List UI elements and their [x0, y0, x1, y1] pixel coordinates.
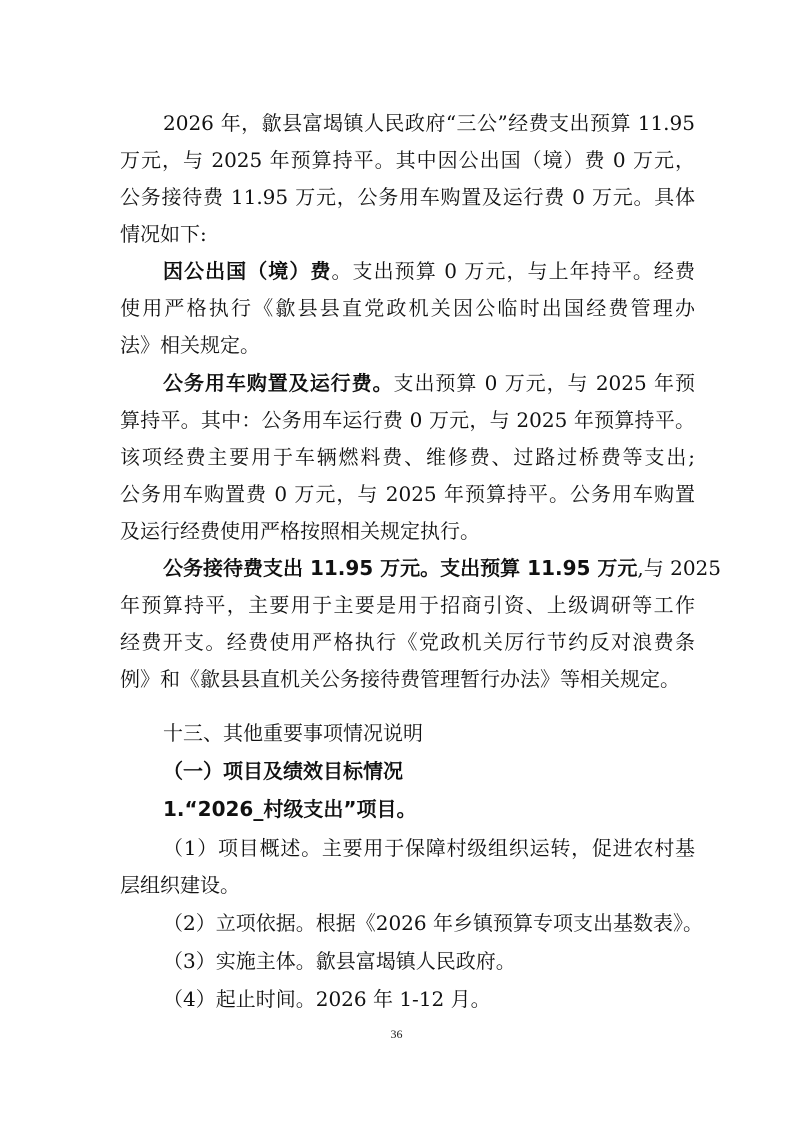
section-heading: 十三、其他重要事项情况说明 — [163, 720, 695, 746]
vehicle-line-5: 及运行经费使用严格按照相关规定执行。 — [120, 518, 695, 544]
project-item-2: （2）立项依据。根据《2026 年乡镇预算专项支出基数表》。 — [163, 910, 695, 936]
project-item-4: （4）起止时间。2026 年 1-12 月。 — [163, 986, 695, 1012]
intro-line-1: 2026 年，歙县富堨镇人民政府“三公”经费支出预算 11.95 — [163, 110, 695, 136]
vehicle-bold-lead: 公务用车购置及运行费。 — [163, 371, 394, 395]
vehicle-line-1: 公务用车购置及运行费。支出预算 0 万元，与 2025 年预 — [163, 370, 695, 396]
project-item-1-line-1: （1）项目概述。主要用于保障村级组织运转，促进农村基 — [163, 835, 695, 861]
project-item-1-line-2: 层组织建设。 — [120, 872, 695, 898]
abroad-line-1-rest: 。支出预算 0 万元，与上年持平。经费 — [332, 259, 696, 283]
vehicle-line-3: 该项经费主要用于车辆燃料费、维修费、过路过桥费等支出; — [120, 444, 695, 470]
reception-line-2: 年预算持平，主要用于主要是用于招商引资、上级调研等工作 — [120, 592, 695, 618]
reception-line-3: 经费开支。经费使用严格执行《党政机关厉行节约反对浪费条 — [120, 629, 695, 655]
project-title: 1.“2026_村级支出”项目。 — [163, 796, 695, 822]
intro-line-4: 情况如下: — [120, 221, 695, 247]
abroad-line-1: 因公出国（境）费。支出预算 0 万元，与上年持平。经费 — [163, 258, 695, 284]
abroad-line-2: 使用严格执行《歙县县直党政机关因公临时出国经费管理办 — [120, 295, 695, 321]
page-number: 36 — [0, 1027, 793, 1042]
vehicle-line-4: 公务用车购置费 0 万元，与 2025 年预算持平。公务用车购置 — [120, 481, 695, 507]
vehicle-line-1-rest: 支出预算 0 万元，与 2025 年预 — [394, 371, 695, 395]
document-page: 2026 年，歙县富堨镇人民政府“三公”经费支出预算 11.95 万元，与 20… — [0, 0, 793, 1122]
abroad-line-3: 法》相关规定。 — [120, 332, 695, 358]
intro-line-2: 万元，与 2025 年预算持平。其中因公出国（境）费 0 万元， — [120, 147, 695, 173]
abroad-bold-lead: 因公出国（境）费 — [163, 259, 332, 283]
subsection-heading: （一）项目及绩效目标情况 — [163, 758, 695, 784]
intro-line-3: 公务接待费 11.95 万元，公务用车购置及运行费 0 万元。具体 — [120, 184, 695, 210]
vehicle-line-2: 算持平。其中：公务用车运行费 0 万元，与 2025 年预算持平。 — [120, 407, 695, 433]
reception-line-4: 例》和《歙县县直机关公务接待费管理暂行办法》等相关规定。 — [120, 666, 695, 692]
reception-line-1: 公务接待费支出 11.95 万元。支出预算 11.95 万元,与 2025 — [163, 555, 695, 581]
reception-line-1-rest: ,与 2025 — [637, 556, 721, 580]
reception-bold-lead: 公务接待费支出 11.95 万元。支出预算 11.95 万元 — [163, 556, 637, 580]
project-item-3: （3）实施主体。歙县富堨镇人民政府。 — [163, 948, 695, 974]
